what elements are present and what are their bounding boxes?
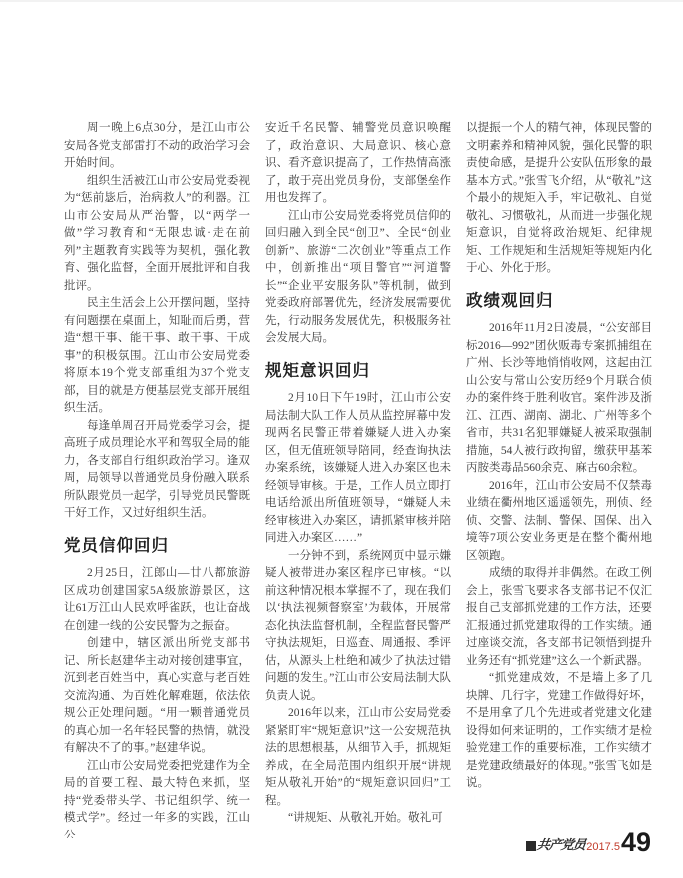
article-paragraph: 一分钟不到，系统网页中显示嫌疑人被带进办案区程序已审核。“以前这种情况根本掌握不… bbox=[265, 548, 451, 706]
section-heading-achievement-view: 政绩观回归 bbox=[466, 293, 652, 311]
article-paragraph: 民主生活会上公开摆问题，坚持有问题摆在桌面上，知耻而后勇，营造“想干事、能干事、… bbox=[64, 295, 250, 418]
article-paragraph: 每逢单周召开局党委学习会，提高班子成员理论水平和驾驭全局的能力，各支部自行组织政… bbox=[64, 418, 250, 523]
article-paragraph: 创建中，辖区派出所党支部书记、所长赵建华主动对接创建事宜，沉到老百姓当中，真心实… bbox=[64, 635, 250, 758]
column-1: 周一晚上6点30分，是江山市公安局各党支部雷打不动的政治学习会开始时间。 组织生… bbox=[64, 120, 250, 838]
article-paragraph: 江山市公安局党委把党建作为全局的首要工程、最大特色来抓，坚持“党委带头学、书记组… bbox=[64, 758, 250, 839]
magazine-logo-icon bbox=[526, 841, 536, 851]
article-body: 周一晚上6点30分，是江山市公安局各党支部雷打不动的政治学习会开始时间。 组织生… bbox=[64, 120, 652, 838]
article-paragraph: 组织生活被江山市公安局党委视为“惩前毖后，治病救人”的利器。江山市公安局从严治警… bbox=[64, 173, 250, 296]
section-heading-rule-awareness: 规矩意识回归 bbox=[265, 363, 451, 381]
column-2: 安近千名民警、辅警党员意识唤醒了，政治意识、大局意识、核心意识、看齐意识提高了，… bbox=[265, 120, 451, 838]
column-3: 以提振一个人的精气神，体现民警的文明素养和精神风貌，强化民警的职责使命感，是提升… bbox=[466, 120, 652, 838]
article-paragraph: 成绩的取得并非偶然。在政工例会上，张雪飞要求各支部书记不仅汇报自己支部抓党建的工… bbox=[466, 565, 652, 670]
section-heading-party-faith: 党员信仰回归 bbox=[64, 538, 250, 556]
article-paragraph: 2016年11月2日凌晨，“公安部目标2016—992”团伙贩毒专案抓捕组在广州… bbox=[466, 320, 652, 478]
article-paragraph: 2月25日，江郎山—廿八都旅游区成功创建国家5A级旅游景区，这让61万江山人民欢… bbox=[64, 565, 250, 635]
article-paragraph-continued: 以提振一个人的精气神，体现民警的文明素养和精神风貌，强化民警的职责使命感，是提升… bbox=[466, 120, 652, 278]
article-paragraph: 2016年以来，江山市公安局党委紧紧盯牢“规矩意识”这一公安规范执法的思想根基，… bbox=[265, 705, 451, 810]
page-number: 49 bbox=[621, 829, 651, 856]
page-footer: 共产党员 2017.5 49 bbox=[526, 829, 651, 856]
article-paragraph: 2016年，江山市公安局不仅禁毒业绩在衢州地区遥遥领先，刑侦、经侦、交警、法制、… bbox=[466, 478, 652, 566]
article-paragraph-continued: 安近千名民警、辅警党员意识唤醒了，政治意识、大局意识、核心意识、看齐意识提高了，… bbox=[265, 120, 451, 208]
article-paragraph: 2月10日下午19时，江山市公安局法制大队工作人员从监控屏幕中发现两名民警正带着… bbox=[265, 390, 451, 548]
article-paragraph: 江山市公安局党委将党员信仰的回归融入到全民“创卫”、全民“创业创新”、旅游“二次… bbox=[265, 208, 451, 348]
article-paragraph: 周一晚上6点30分，是江山市公安局各党支部雷打不动的政治学习会开始时间。 bbox=[64, 120, 250, 173]
article-paragraph: “抓党建成效，不是墙上多了几块牌、几行字，党建工作做得好坏，不是用拿了几个先进或… bbox=[466, 670, 652, 793]
magazine-name: 共产党员 bbox=[536, 834, 587, 853]
article-paragraph: “讲规矩、从敬礼开始。敬礼可 bbox=[265, 810, 451, 828]
issue-date: 2017.5 bbox=[586, 841, 620, 853]
magazine-page: 周一晚上6点30分，是江山市公安局各党支部雷打不动的政治学习会开始时间。 组织生… bbox=[0, 0, 683, 878]
